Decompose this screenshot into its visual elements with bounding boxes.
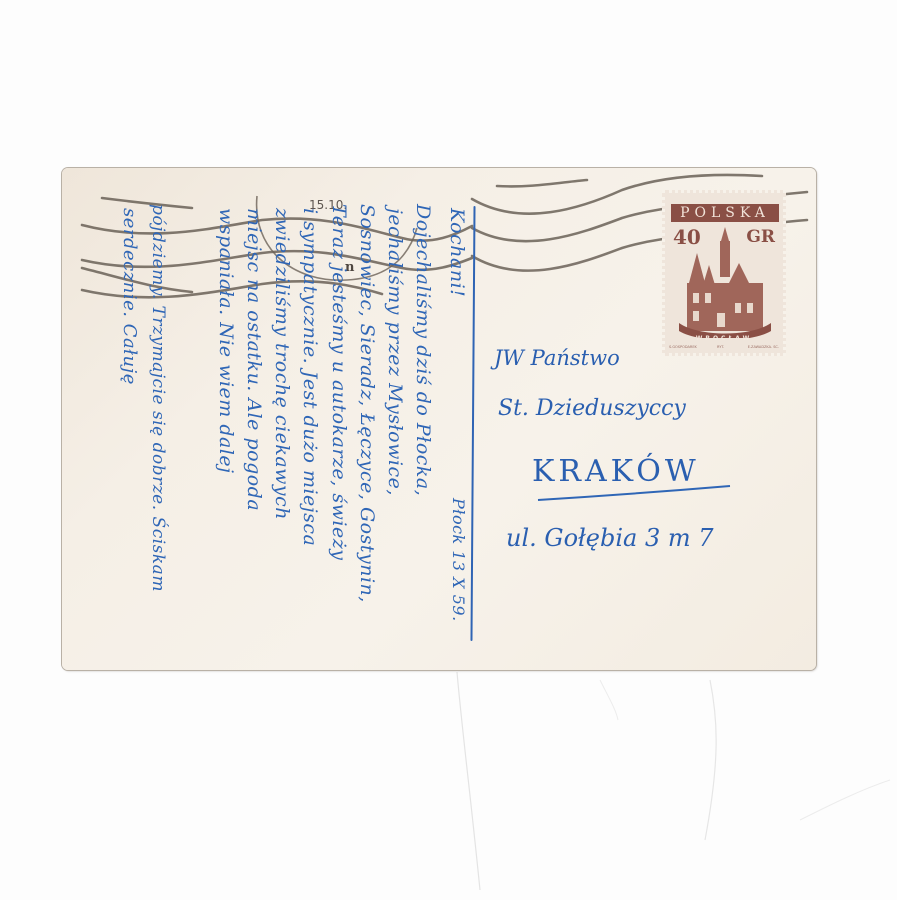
message-line: serdecznie. Całuję: [119, 208, 140, 385]
address-street: ul. Gołębia 3 m 7: [506, 524, 714, 552]
message-line: jechaliśmy przez Mysłowice,: [384, 208, 406, 496]
message-greeting: Kochani!: [446, 208, 468, 297]
message-line: wspaniała. Nie wiem dalej: [215, 208, 237, 474]
message-line: pójdziemy. Trzymajcie się dobrze. Ściska…: [148, 204, 168, 592]
message-line: i sympatycznie. Jest dużo miejsca: [299, 208, 321, 546]
message-line: Teraz jesteśmy u autokarze, świeży: [328, 204, 350, 560]
city-underline: [62, 168, 816, 670]
message-line: miejsc na ostatku. Ale pogoda: [243, 208, 265, 511]
message-line: Sosnowiec, Sieradz, Łęczyce, Gostynin,: [356, 204, 378, 603]
message-line: zwiedziliśmy trochę ciekawych: [271, 208, 293, 520]
message-date: Płock 13 X 59.: [449, 498, 468, 622]
message-line: Dojechaliśmy dziś do Płocka,: [412, 204, 434, 496]
postcard: 15.10. n POLSKA 40 GR: [62, 168, 816, 670]
